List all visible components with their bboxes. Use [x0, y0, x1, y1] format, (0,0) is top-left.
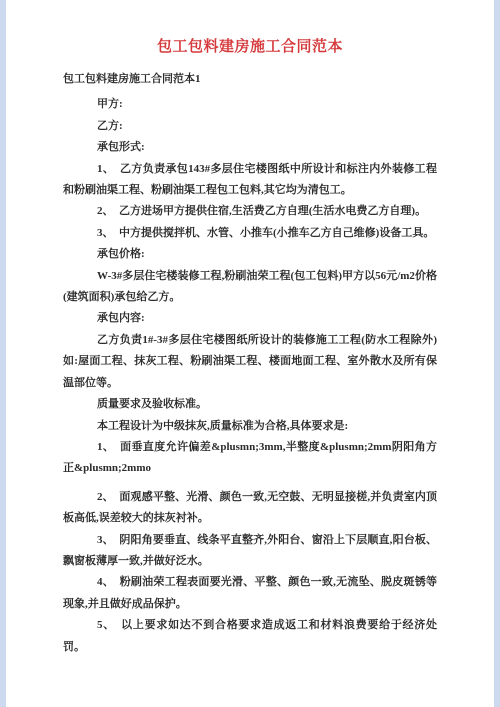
paragraph-price-detail: W-3#多层住宅楼装修工程,粉刷油荣工程(包工包料)甲方以56元/m2价格(建筑… [63, 266, 437, 309]
paragraph-contract-form-heading: 承包形式: [63, 137, 437, 158]
paragraph-quality-item-1: 1、 面垂直度允许偏差&plusmn;3mm,半整度&plusmn;2mm阴阳角… [63, 437, 437, 480]
document-subtitle: 包工包料建房施工合同范本1 [63, 69, 437, 90]
paragraph-content-detail: 乙方负责1#-3#多层住宅楼图纸所设计的装修施工工程(防水工程除外)如:屋面工程… [63, 330, 437, 394]
paragraph-party-a: 甲方: [63, 94, 437, 115]
paragraph-quality-item-5: 5、 以上要求如达不到合格要求造成返工和材料浪费要给于经济处罚。 [63, 615, 437, 658]
document-page: 包工包料建房施工合同范本 包工包料建房施工合同范本1 甲方: 乙方: 承包形式:… [0, 0, 500, 707]
page-title: 包工包料建房施工合同范本 [63, 38, 437, 57]
paragraph-quality-intro: 本工程设计为中级抹灰,质量标准为合格,具体要求是: [63, 416, 437, 437]
paragraph-form-item-3: 3、 中方提供搅拌机、水管、小推车(小推车乙方自己维修)设备工具。 [63, 223, 437, 244]
paragraph-party-b: 乙方: [63, 116, 437, 137]
paragraph-quality-item-2: 2、 面观感平整、光滑、颜色一致,无空鼓、无明显接槎,并负责室内顶板高低,误差较… [63, 487, 437, 530]
paragraph-form-item-2: 2、 乙方进场甲方提供住宿,生活费乙方自理(生活水电费乙方自理)。 [63, 201, 437, 222]
paragraph-quality-item-4: 4、 粉刷油荣工程表面要光滑、平整、颜色一致,无流坠、脱皮斑锈等现象,并且做好成… [63, 572, 437, 615]
paragraph-quality-item-3: 3、 阴阳角要垂直、线条平直整齐,外阳台、窗沿上下层顺直,阳台板、飘窗板薄厚一致… [63, 530, 437, 573]
paragraph-content-heading: 承包内容: [63, 308, 437, 329]
paragraph-form-item-1: 1、 乙方负责承包143#多层住宅楼图纸中所设计和标注内外装修工程和粉刷油渠工程… [63, 159, 437, 202]
paragraph-price-heading: 承包价格: [63, 244, 437, 265]
paragraph-quality-heading: 质量要求及验收标准。 [63, 394, 437, 415]
